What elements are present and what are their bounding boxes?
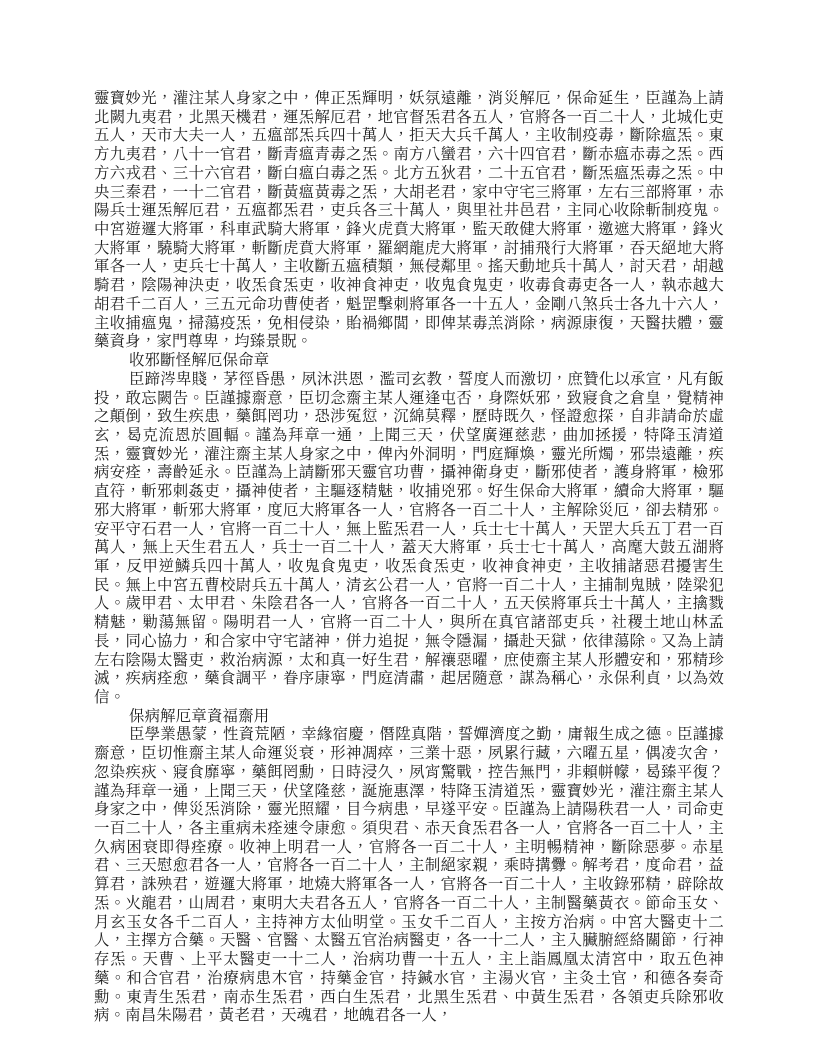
paragraph-shouxie-chapter: 臣蹄涔卑賤，茅徑昏愚，夙沐洪恩，濫司玄教，誓度人而激切，庶贊化以承宣，凡有飯投，… xyxy=(94,370,724,707)
document-page: 靈寶妙光，灌注某人身家之中，俾正炁輝明，妖氛遠離，消災解厄，保命延生，臣謹為上請… xyxy=(94,89,724,1025)
paragraph-baobing-chapter: 臣學業愚蒙，性資荒陋，幸緣宿慶，僭陞真階，誓嬋濟度之勤，庸報生成之德。臣謹據齋意… xyxy=(94,725,724,1025)
section-heading-shouxie-duanguai: 收邪斷怪解厄保命章 xyxy=(94,351,724,370)
section-heading-baobing-jiee: 保病解厄章資福齋用 xyxy=(94,707,724,726)
paragraph-continuation: 靈寶妙光，灌注某人身家之中，俾正炁輝明，妖氛遠離，消災解厄，保命延生，臣謹為上請… xyxy=(94,89,724,351)
